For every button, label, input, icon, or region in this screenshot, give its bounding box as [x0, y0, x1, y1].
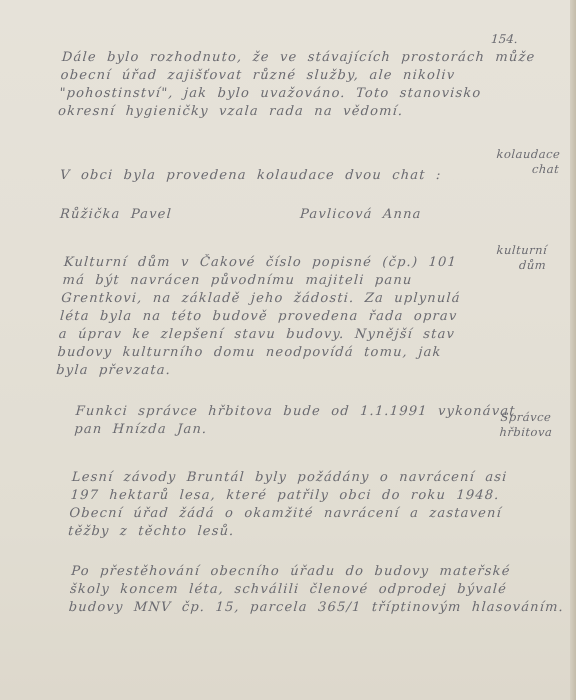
text-line: Obecní úřad žádá o okamžité navrácení a …: [69, 505, 506, 523]
paragraph-odprodej-budovy: Po přestěhování obecního úřadu do budovy…: [68, 563, 567, 617]
text-line: budovy kulturního domu neodpovídá tomu, …: [57, 344, 458, 362]
paragraph-kulturni-dum: Kulturní dům v Čakové číslo popisné (čp.…: [56, 254, 464, 380]
paragraph-lesni-zavody: Lesní závody Bruntál byly požádány o nav…: [67, 469, 508, 541]
name-right: Pavlicová Anna: [299, 207, 422, 222]
margin-note-spravce-hrbitova: Správce hřbitova: [499, 410, 554, 440]
text-line: těžby z těchto lesů.: [67, 523, 504, 541]
text-line: Kulturní dům v Čakové číslo popisné (čp.…: [63, 254, 464, 272]
margin-note-line: Správce: [500, 410, 554, 425]
text-line: pan Hnízda Jan.: [74, 421, 515, 439]
text-line: budovy MNV čp. 15, parcela 365/1 tříptin…: [68, 599, 564, 617]
text-line: okresní hygieničky vzala rada na vědomí.: [57, 103, 532, 121]
text-line: 197 hektarů lesa, které patřily obci do …: [70, 487, 507, 505]
page-number: 154.: [491, 32, 519, 46]
text-line: má být navrácen původnímu majiteli panu: [62, 272, 463, 290]
margin-note-line: dům: [495, 258, 547, 273]
text-line: obecní úřad zajišťovat různé služby, ale…: [60, 67, 535, 85]
text-line: Dále bylo rozhodnuto, že ve stávajících …: [61, 49, 536, 67]
text-line: Lesní závody Bruntál byly požádány o nav…: [71, 469, 508, 487]
paragraph-spravce-hrbitova: Funkci správce hřbitova bude od 1.1.1991…: [74, 403, 516, 439]
text-line: školy koncem léta, schválili členové odp…: [69, 581, 565, 599]
text-line: a úprav ke zlepšení stavu budovy. Nynějš…: [58, 326, 459, 344]
paragraph-pohostinstvi: Dále bylo rozhodnuto, že ve stávajících …: [57, 49, 536, 121]
margin-note-line: kolaudace: [496, 147, 561, 162]
handwritten-page: 154. Dále bylo rozhodnuto, že ve stávají…: [0, 0, 576, 700]
margin-note-kolaudace: kolaudace chat: [495, 147, 561, 177]
name-left: Růžička Pavel: [59, 207, 172, 222]
margin-note-kulturni-dum: kulturní dům: [495, 243, 548, 273]
margin-note-line: kulturní: [496, 243, 548, 258]
text-line: "pohostinství", jak bylo uvažováno. Toto…: [59, 85, 534, 103]
text-line: byla převzata.: [56, 362, 457, 380]
text-line: V obci byla provedena kolaudace dvou cha…: [59, 167, 442, 185]
text-line: Grentkovi, na základě jeho žádosti. Za u…: [61, 290, 462, 308]
margin-note-line: hřbitova: [499, 425, 553, 440]
text-line: léta byla na této budově provedena řada …: [59, 308, 460, 326]
margin-note-line: chat: [495, 162, 560, 177]
text-line: Po přestěhování obecního úřadu do budovy…: [71, 563, 567, 581]
paragraph-kolaudace: V obci byla provedena kolaudace dvou cha…: [59, 167, 442, 185]
text-line: Funkci správce hřbitova bude od 1.1.1991…: [75, 403, 516, 421]
